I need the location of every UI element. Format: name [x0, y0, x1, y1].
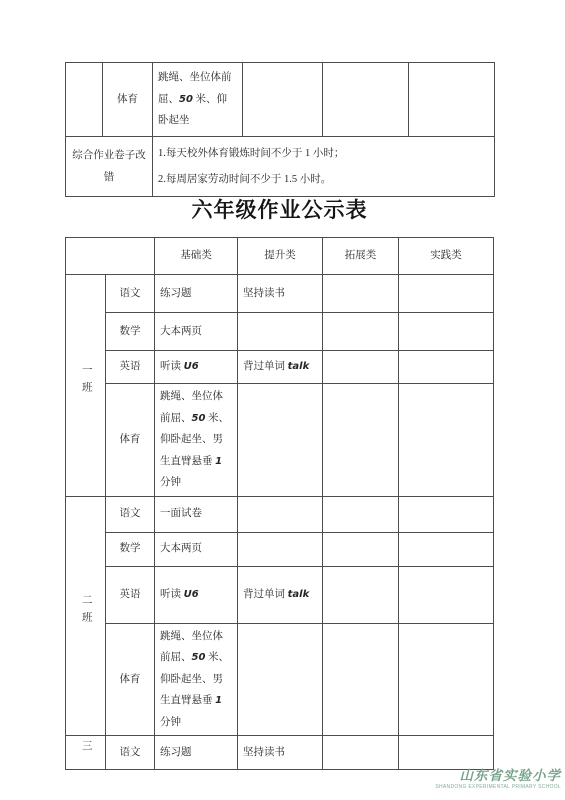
empty-cell: [399, 623, 494, 736]
subject-label-english: 英语: [106, 566, 155, 623]
empty-cell: [243, 63, 323, 137]
empty-cell: [399, 384, 494, 497]
empty-cell: [399, 351, 494, 384]
summary-line-2: 2.每周居家劳动时间不少于 1.5 小时。: [158, 169, 489, 191]
empty-cell: [399, 566, 494, 623]
empty-cell: [409, 63, 495, 137]
homework-text: 练习题: [160, 288, 192, 299]
subject-label-pe: 体育: [106, 384, 155, 497]
empty-cell: [66, 63, 103, 137]
school-name-en: SHANDONG EXPERIMENTAL PRIMARY SCHOOL: [435, 785, 561, 790]
homework-basic-cell: 听读 U6: [155, 351, 238, 384]
homework-text: 背过单词: [243, 589, 288, 600]
empty-cell: [323, 351, 399, 384]
empty-cell: [238, 496, 323, 532]
homework-basic-cell: 一面试卷: [155, 496, 238, 532]
homework-basic-cell: 大本两页: [155, 532, 238, 566]
homework-basic-cell: 练习题: [155, 736, 238, 770]
summary-line-1: 1.每天校外体育锻炼时间不少于 1 小时；: [158, 143, 489, 165]
class-label-text: 一班: [80, 364, 91, 399]
homework-text: 练习题: [160, 747, 192, 758]
table-row: 体育 跳绳、坐位体前屈、50 米、仰卧起坐、男生直臂悬垂 1 分钟: [66, 623, 494, 736]
homework-basic-cell: 练习题: [155, 275, 238, 313]
homework-text: 坚持读书: [243, 747, 285, 758]
empty-cell: [323, 736, 399, 770]
table-row: 三 语文 练习题 坚持读书: [66, 736, 494, 770]
homework-text-handwritten: 50: [192, 652, 206, 663]
homework-text: 大本两页: [160, 326, 202, 337]
grade6-homework-table: 基础类 提升类 拓展类 实践类 一班 语文 练习题 坚持读书 数学 大本两页 英…: [65, 237, 494, 770]
homework-text: 分钟: [160, 477, 181, 488]
homework-basic-pe-cell: 跳绳、坐位体前屈、50 米、仰卧起坐: [153, 63, 243, 137]
homework-basic-cell: 听读 U6: [155, 566, 238, 623]
school-name-cn: 山东省实验小学: [435, 767, 561, 785]
empty-cell: [323, 384, 399, 497]
previous-table-continuation: 体育 跳绳、坐位体前屈、50 米、仰卧起坐 综合作业卷子改错 1.每天校外体育锻…: [65, 62, 495, 197]
homework-text-handwritten: U6: [184, 361, 199, 372]
column-header-improve: 提升类: [238, 238, 323, 275]
column-header-basic: 基础类: [155, 238, 238, 275]
empty-cell: [323, 496, 399, 532]
subject-label-pe: 体育: [106, 623, 155, 736]
homework-text: 背过单词: [243, 361, 288, 372]
homework-improve-cell: 坚持读书: [238, 275, 323, 313]
homework-text: 分钟: [160, 717, 181, 728]
subject-label-math: 数学: [106, 313, 155, 351]
empty-cell: [399, 275, 494, 313]
subject-label-chinese: 语文: [106, 736, 155, 770]
subject-label-math: 数学: [106, 532, 155, 566]
empty-cell: [323, 313, 399, 351]
table-row: 数学 大本两页: [66, 313, 494, 351]
empty-cell: [399, 532, 494, 566]
homework-text-handwritten: 50: [192, 413, 206, 424]
header-row: 基础类 提升类 拓展类 实践类: [66, 238, 494, 275]
homework-text: 听读: [160, 589, 184, 600]
empty-cell: [399, 736, 494, 770]
homework-text: 听读: [160, 361, 184, 372]
homework-text: 一面试卷: [160, 508, 202, 519]
homework-basic-cell: 跳绳、坐位体前屈、50 米、仰卧起坐、男生直臂悬垂 1 分钟: [155, 384, 238, 497]
homework-text: 大本两页: [160, 543, 202, 554]
empty-cell: [323, 63, 409, 137]
empty-cell: [323, 532, 399, 566]
homework-text: 坚持读书: [243, 288, 285, 299]
page-title: 六年级作业公示表: [65, 194, 494, 224]
homework-text-handwritten: 1: [215, 695, 222, 706]
subject-label-pe: 体育: [103, 63, 153, 137]
homework-text-handwritten: talk: [288, 361, 310, 372]
homework-text-handwritten: U6: [184, 589, 199, 600]
class-label-3: 三: [66, 736, 106, 770]
class-label-text: 三: [80, 740, 91, 758]
empty-cell: [238, 313, 323, 351]
empty-cell: [238, 384, 323, 497]
table-row: 二班 语文 一面试卷: [66, 496, 494, 532]
subject-label-english: 英语: [106, 351, 155, 384]
homework-basic-cell: 跳绳、坐位体前屈、50 米、仰卧起坐、男生直臂悬垂 1 分钟: [155, 623, 238, 736]
table-row: 体育 跳绳、坐位体前屈、50 米、仰卧起坐、男生直臂悬垂 1 分钟: [66, 384, 494, 497]
homework-text-handwritten: talk: [288, 589, 310, 600]
table-row: 英语 听读 U6 背过单词 talk: [66, 351, 494, 384]
summary-label: 综合作业卷子改错: [66, 137, 153, 197]
summary-content-cell: 1.每天校外体育锻炼时间不少于 1 小时； 2.每周居家劳动时间不少于 1.5 …: [153, 137, 495, 197]
class-label-text: 二班: [80, 594, 91, 629]
column-header-practice: 实践类: [399, 238, 494, 275]
homework-improve-cell: 坚持读书: [238, 736, 323, 770]
table-row: 数学 大本两页: [66, 532, 494, 566]
subject-label-chinese: 语文: [106, 496, 155, 532]
homework-text-handwritten: 1: [215, 456, 222, 467]
empty-cell: [323, 566, 399, 623]
empty-cell: [323, 275, 399, 313]
empty-cell: [399, 313, 494, 351]
document-page: 体育 跳绳、坐位体前屈、50 米、仰卧起坐 综合作业卷子改错 1.每天校外体育锻…: [0, 0, 565, 800]
class-label-1: 一班: [66, 275, 106, 497]
column-header-expand: 拓展类: [323, 238, 399, 275]
table-row: 一班 语文 练习题 坚持读书: [66, 275, 494, 313]
subject-label-chinese: 语文: [106, 275, 155, 313]
table-row: 体育 跳绳、坐位体前屈、50 米、仰卧起坐: [66, 63, 495, 137]
class-label-2: 二班: [66, 496, 106, 736]
homework-improve-cell: 背过单词 talk: [238, 351, 323, 384]
empty-cell: [238, 623, 323, 736]
table-row: 综合作业卷子改错 1.每天校外体育锻炼时间不少于 1 小时； 2.每周居家劳动时…: [66, 137, 495, 197]
empty-cell: [323, 623, 399, 736]
empty-cell: [238, 532, 323, 566]
table-row: 英语 听读 U6 背过单词 talk: [66, 566, 494, 623]
homework-text-handwritten: 50: [179, 94, 193, 105]
homework-basic-cell: 大本两页: [155, 313, 238, 351]
empty-header-cell: [66, 238, 155, 275]
school-logo: 山东省实验小学 SHANDONG EXPERIMENTAL PRIMARY SC…: [435, 767, 561, 790]
homework-improve-cell: 背过单词 talk: [238, 566, 323, 623]
empty-cell: [399, 496, 494, 532]
